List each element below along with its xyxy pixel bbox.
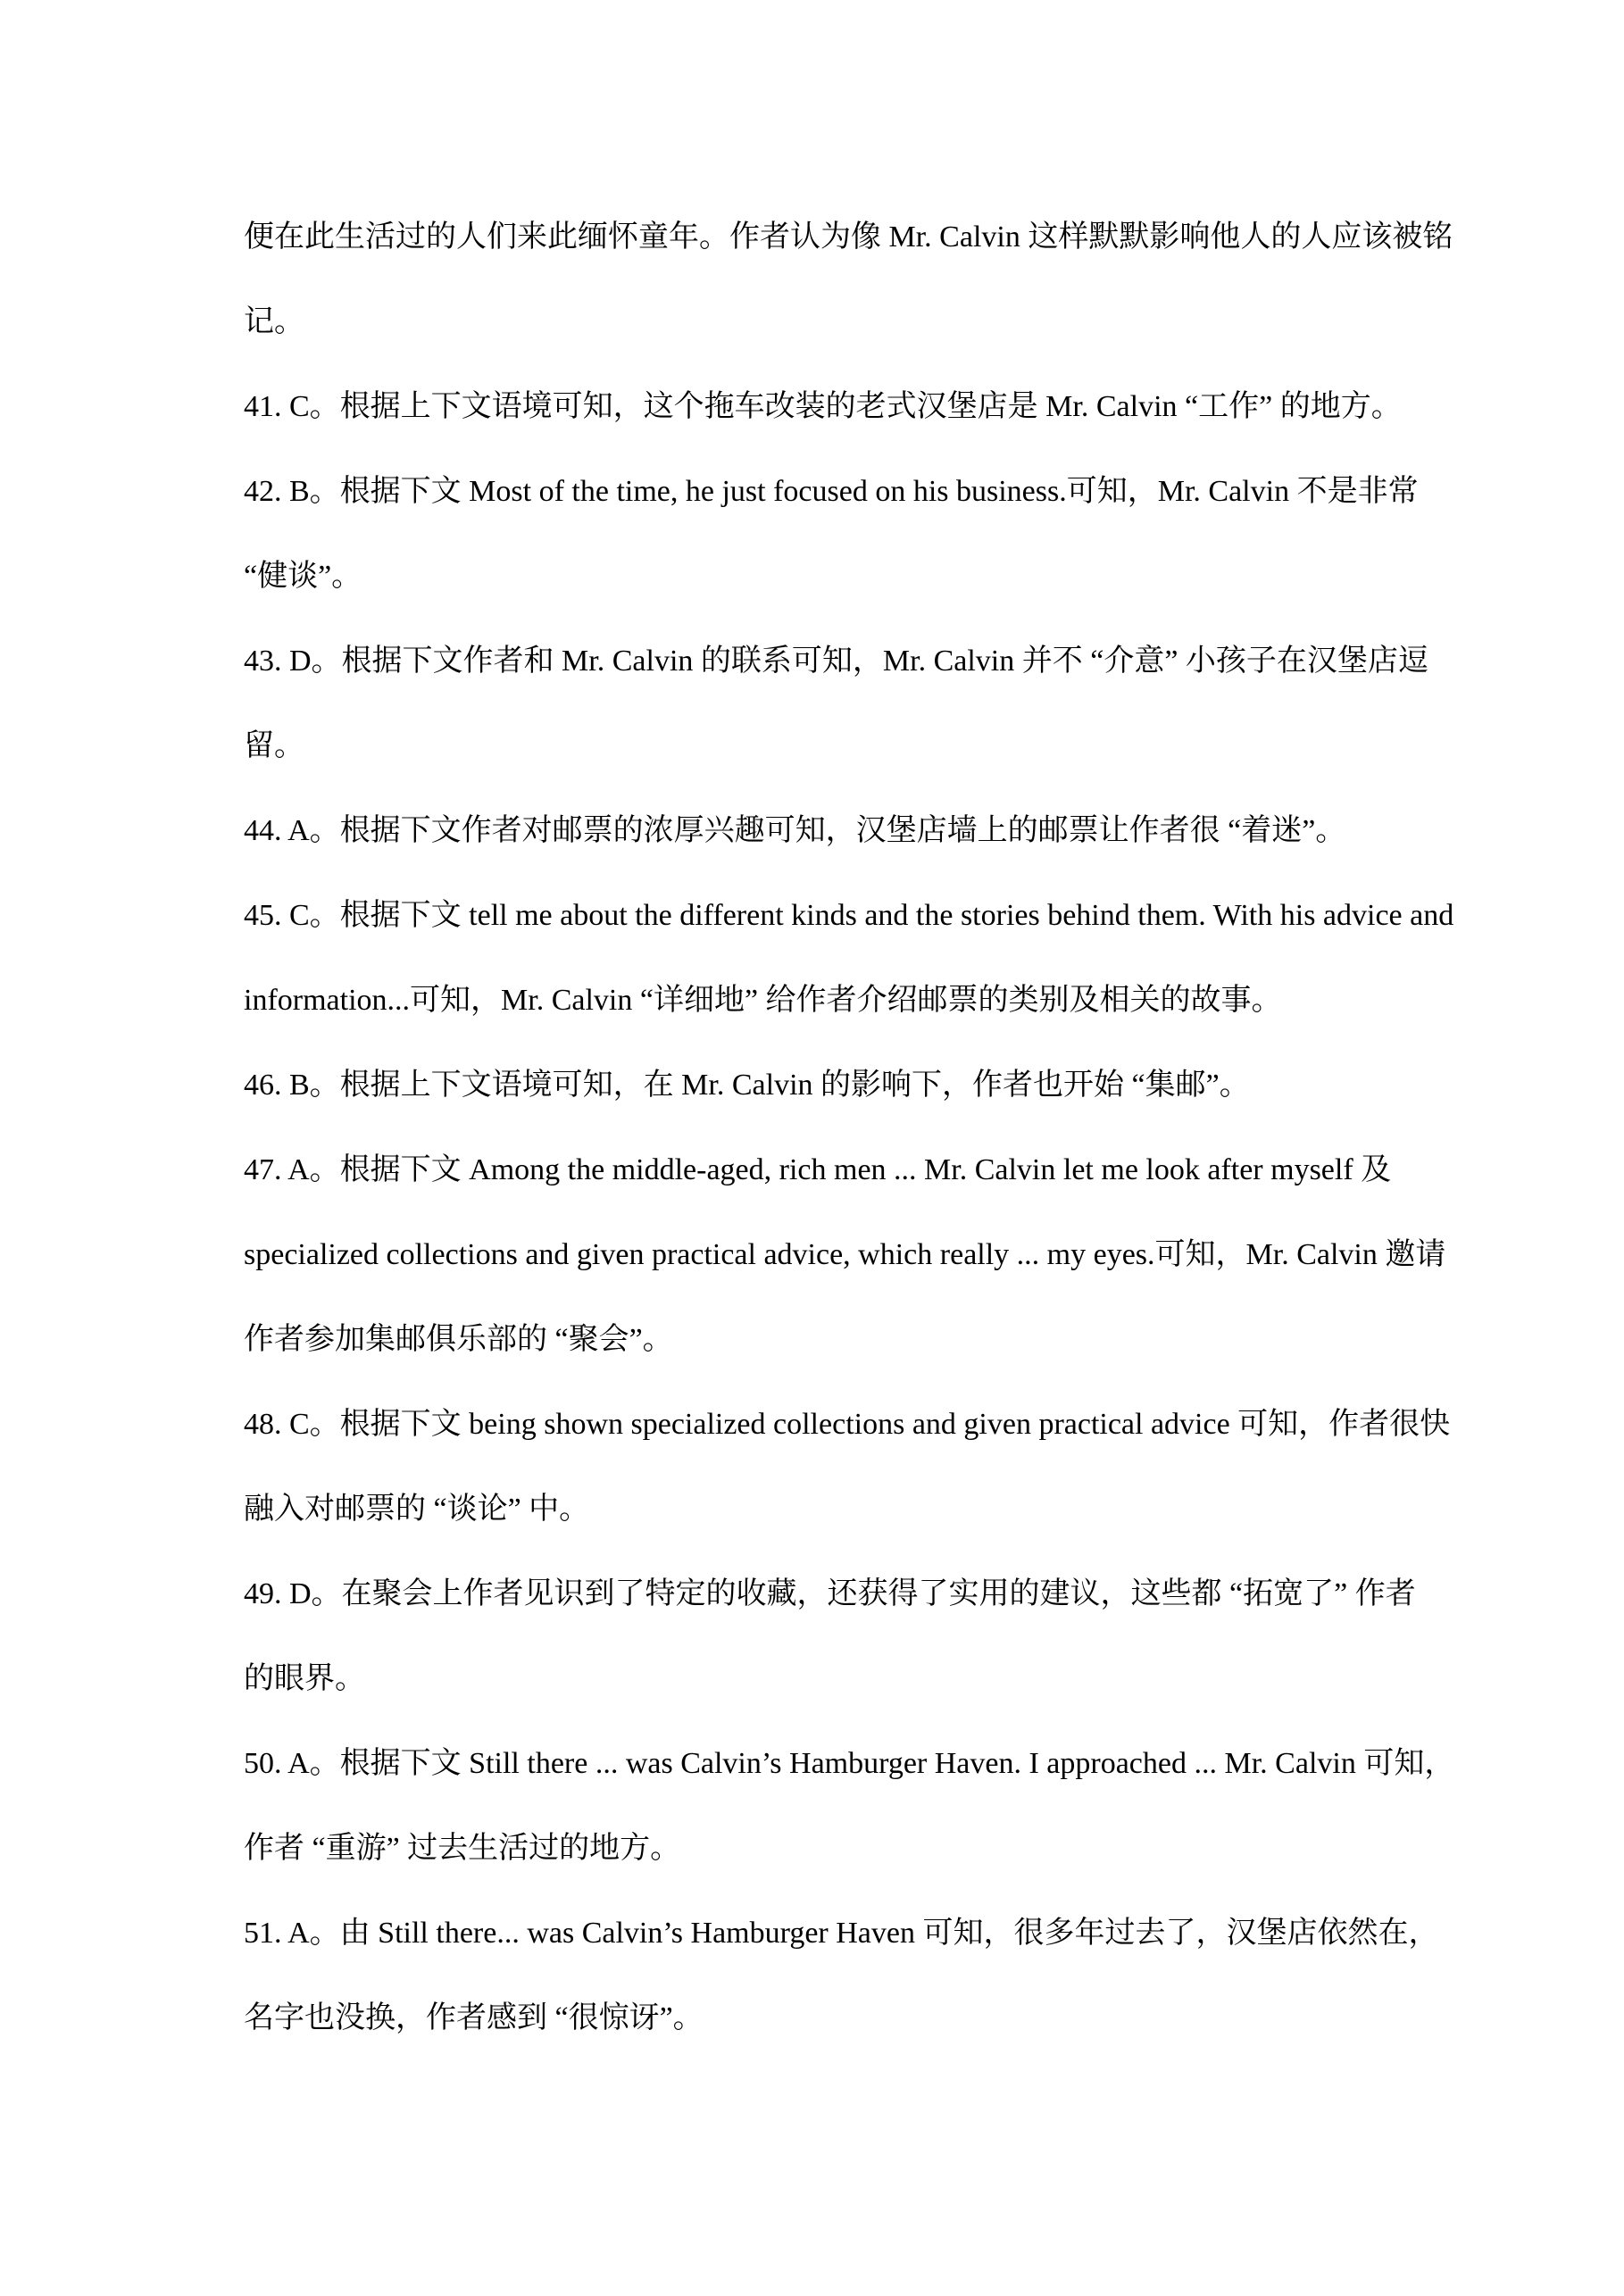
answer-item-46-line-1: 46. B。根据上下文语境可知，在 Mr. Calvin 的影响下，作者也开始 … bbox=[244, 1043, 1431, 1127]
intro-line: 便在此生活过的人们来此缅怀童年。作者认为像 Mr. Calvin 这样默默影响他… bbox=[244, 195, 1431, 279]
answer-item-44-line-1: 44. A。根据下文作者对邮票的浓厚兴趣可知，汉堡店墙上的邮票让作者很 “着迷”… bbox=[244, 788, 1431, 873]
intro-line: 记。 bbox=[244, 279, 1431, 364]
answer-item-47-line-2: specialized collections and given practi… bbox=[244, 1212, 1431, 1297]
document-page: 便在此生活过的人们来此缅怀童年。作者认为像 Mr. Calvin 这样默默影响他… bbox=[0, 0, 1624, 2296]
answer-item-51-line-2: 名字也没换，作者感到 “很惊讶”。 bbox=[244, 1976, 1431, 2060]
answer-item-48-line-1: 48. C。根据下文 being shown specialized colle… bbox=[244, 1382, 1431, 1467]
answer-item-50-line-2: 作者 “重游” 过去生活过的地方。 bbox=[244, 1806, 1431, 1891]
answer-item-42-line-2: “健谈”。 bbox=[244, 534, 1431, 619]
answer-item-47-line-3: 作者参加集邮俱乐部的 “聚会”。 bbox=[244, 1297, 1431, 1382]
answer-item-49-line-1: 49. D。在聚会上作者见识到了特定的收藏，还获得了实用的建议，这些都 “拓宽了… bbox=[244, 1551, 1431, 1636]
answer-item-51-line-1: 51. A。由 Still there... was Calvin’s Hamb… bbox=[244, 1891, 1431, 1976]
answer-item-45-line-1: 45. C。根据下文 tell me about the different k… bbox=[244, 873, 1431, 958]
answer-item-50-line-1: 50. A。根据下文 Still there ... was Calvin’s … bbox=[244, 1721, 1431, 1806]
answer-item-47-line-1: 47. A。根据下文 Among the middle-aged, rich m… bbox=[244, 1127, 1431, 1212]
answer-item-45-line-2: information...可知，Mr. Calvin “详细地” 给作者介绍邮… bbox=[244, 958, 1431, 1043]
answer-item-49-line-2: 的眼界。 bbox=[244, 1636, 1431, 1721]
answer-item-43-line-1: 43. D。根据下文作者和 Mr. Calvin 的联系可知，Mr. Calvi… bbox=[244, 619, 1431, 703]
answer-text-block: 便在此生活过的人们来此缅怀童年。作者认为像 Mr. Calvin 这样默默影响他… bbox=[244, 195, 1431, 2060]
answer-item-42-line-1: 42. B。根据下文 Most of the time, he just foc… bbox=[244, 449, 1431, 534]
answer-item-48-line-2: 融入对邮票的 “谈论” 中。 bbox=[244, 1467, 1431, 1551]
answer-item-43-line-2: 留。 bbox=[244, 703, 1431, 788]
answer-item-41-line-1: 41. C。根据上下文语境可知，这个拖车改装的老式汉堡店是 Mr. Calvin… bbox=[244, 364, 1431, 449]
